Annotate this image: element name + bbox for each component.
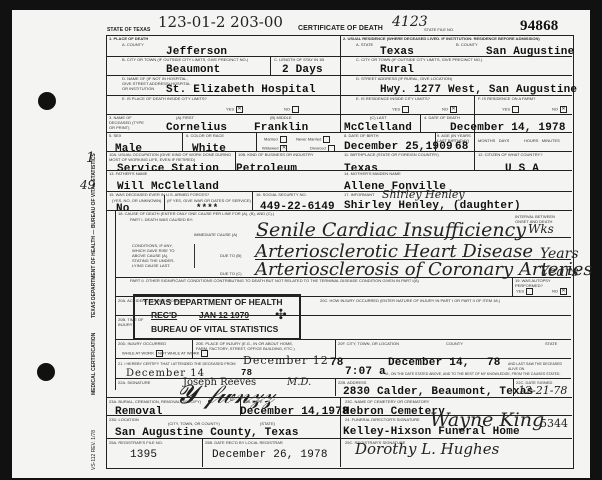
never-married-label: Never Married — [296, 137, 321, 142]
state-file-label: STATE FILE NO. — [424, 27, 454, 32]
checkbox[interactable] — [280, 136, 287, 143]
residence-inside-city-label: e. IS RESIDENCE INSIDE CITY LIMITS? — [356, 96, 430, 101]
divider — [335, 339, 336, 358]
handwritten-number: 123-01-2 203-00 — [158, 13, 283, 31]
residence-city-no[interactable]: NO✕ — [442, 106, 457, 113]
certify-text: 21. I hereby certify that I attended the… — [118, 362, 236, 367]
divider — [106, 170, 572, 171]
checkbox-checked[interactable]: ✕ — [450, 106, 457, 113]
stay-label: c. LENGTH OF STAY IN 1b — [274, 57, 334, 62]
part2-label: PART II. OTHER SIGNIFICANT CONDITIONS CO… — [130, 278, 510, 283]
checkbox[interactable] — [402, 106, 409, 113]
checkbox[interactable] — [526, 288, 533, 295]
stamp-recd: REC'D — [151, 310, 177, 320]
informant-label: 17. INFORMANT — [344, 192, 374, 197]
checkbox[interactable] — [201, 350, 208, 357]
birthplace-label: 11. BIRTHPLACE (State or foreign country… — [344, 152, 439, 157]
residence-farm-label: f. IS RESIDENCE ON A FARM? — [478, 96, 535, 101]
county-label: a. COUNTY — [122, 42, 144, 47]
margin-form-code: VS-112 REV. 1/78 — [91, 430, 97, 470]
citizen-label: 12. CITIZEN OF WHAT COUNTRY? — [478, 152, 542, 157]
divider — [106, 438, 572, 439]
residence-county-value: San Augustine — [486, 46, 574, 58]
residence-state-label: a. STATE — [356, 42, 373, 47]
autopsy-yes[interactable]: YES — [516, 288, 533, 295]
residence-county-label: b. COUNTY — [456, 42, 478, 47]
first-name-label: (a) First — [176, 115, 194, 120]
citizen-value: U S A — [505, 163, 539, 175]
punch-hole-bottom — [37, 363, 55, 381]
ssn-label: 16. SOCIAL SECURITY NO. — [256, 192, 307, 197]
occupation-label: 10a. USUAL OCCUPATION (Give kind of work… — [109, 152, 233, 162]
cause-label: 18. CAUSE OF DEATH (Enter only one cause… — [118, 211, 274, 216]
divider — [256, 132, 257, 151]
autopsy-label: 19. WAS AUTOPSY PERFORMED? — [515, 278, 565, 288]
last-saw-date: December 14, — [388, 357, 470, 369]
stamp-date: JAN 12 1979 — [199, 310, 249, 320]
medical-section-divider — [115, 210, 116, 390]
physician-degree: M.D. — [287, 377, 311, 388]
divider — [512, 277, 513, 296]
attended-from-date: December 12 — [243, 354, 329, 367]
immediate-interval-value: Wks — [528, 222, 554, 236]
mother-label: 14. MOTHER'S MAIDEN NAME — [344, 171, 401, 176]
received-stamp: TEXAS DEPARTMENT OF HEALTH REC'D JAN 12 … — [133, 294, 301, 340]
yes-label: YES — [226, 107, 234, 112]
divider — [474, 151, 475, 170]
no-label: NO — [552, 289, 558, 294]
certificate-title: CERTIFICATE OF DEATH — [298, 25, 383, 32]
funeral-home-value: Kelley-Hixson Funeral Home — [343, 426, 520, 438]
marital-never-married[interactable]: Never Married — [296, 136, 330, 143]
while-at-work[interactable]: WHILE AT WORK — [122, 350, 163, 357]
margin-note-1: 1 — [86, 150, 95, 166]
inside-city-yes[interactable]: YES✕ — [226, 106, 243, 113]
place-of-death-label: 1. PLACE OF DEATH — [109, 36, 148, 41]
death-time-value: 7:07 a — [345, 366, 386, 378]
farm-yes[interactable]: YES — [502, 106, 519, 113]
checkbox-checked[interactable]: ✕ — [560, 106, 567, 113]
sex-label: 5. SEX — [109, 133, 121, 138]
residence-street-label: d. STREET ADDRESS (If rural, give locati… — [356, 76, 452, 81]
location-sub-label: (City, town, or county) — [168, 421, 220, 426]
part1-label: PART I. DEATH WAS CAUSED BY: — [130, 217, 193, 222]
residence-city-value: Rural — [380, 64, 414, 76]
cemetery-label: 23c. NAME OF CEMETERY OR CREMATORY — [345, 399, 429, 404]
residence-label: 2. USUAL RESIDENCE (Where deceased lived… — [343, 36, 571, 41]
residence-city-yes[interactable]: YES — [392, 106, 409, 113]
state-sub-label: (State) — [260, 421, 275, 426]
date-of-death-label: 4. DATE OF DEATH — [424, 115, 460, 120]
widowed-label: Widowed — [262, 146, 278, 151]
bracket — [190, 244, 195, 268]
signature-label: 22a. SIGNATURE — [118, 380, 150, 385]
injury-state-label: STATE — [545, 341, 557, 346]
marital-married[interactable]: Married — [264, 136, 287, 143]
middle-name-label: (b) Middle — [270, 115, 292, 120]
file-number: 94868 — [520, 18, 559, 35]
funeral-director-label: 24. FUNERAL DIRECTOR'S SIGNATURE — [345, 417, 420, 422]
last-name-label: (c) Last — [370, 115, 387, 120]
last-saw-text: and last saw the deceased alive on — [508, 362, 570, 372]
stamp-line1: TEXAS DEPARTMENT OF HEALTH — [143, 297, 282, 307]
dob-label: 8. DATE OF BIRTH — [344, 133, 379, 138]
city-town-location-label: 20f. CITY, TOWN, OR LOCATION — [338, 341, 399, 346]
age-label: 9. AGE (In years last birthday) — [437, 133, 473, 143]
yes-label: YES — [516, 289, 524, 294]
father-label: 13. FATHER'S NAME — [109, 171, 147, 176]
race-label: 6. COLOR OR RACE — [186, 133, 224, 138]
divider — [335, 378, 336, 396]
no-label: NO — [284, 107, 290, 112]
date-signed-value: 12-21-78 — [518, 384, 567, 397]
stamp-emblem-icon: ✣ — [275, 306, 287, 323]
registrar-signature: Dorothy L. Hughes — [355, 440, 499, 458]
margin-note-2: 49 — [80, 178, 95, 192]
residence-city-label: c. CITY OR TOWN (If outside city limits,… — [356, 57, 482, 62]
disposition-date-value: December 14,1978 — [240, 406, 349, 418]
registrar-file-no-label: 25a. REGISTRAR'S FILE NO. — [109, 440, 163, 445]
not-at-work[interactable]: NOT WHILE AT WORK — [158, 350, 208, 357]
due-to-b-label: DUE TO (b) — [220, 253, 241, 258]
center-divider — [340, 35, 341, 132]
margin-medical-certification: MEDICAL CERTIFICATION — [91, 333, 97, 395]
divider — [270, 56, 271, 75]
disposition-method-label: 23a. BURIAL, CREMATION, REMOVAL (Specify… — [109, 399, 201, 404]
how-injury-label: 20c. HOW INJURY OCCURRED (Enter nature o… — [320, 298, 500, 303]
checkbox-checked[interactable]: ✕ — [236, 106, 243, 113]
attended-from-year: 78 — [330, 357, 344, 369]
divider — [182, 132, 183, 151]
married-label: Married — [264, 137, 278, 142]
stamp-line3: BUREAU OF VITAL STATISTICS — [151, 324, 278, 334]
due-to-c-label: DUE TO (c) — [220, 271, 242, 276]
state-label: STATE OF TEXAS — [107, 27, 150, 33]
industry-value: Petroleum — [236, 163, 297, 175]
divider — [164, 195, 165, 210]
name-label: 3. NAME OF DECEASED (Type or print) — [109, 115, 147, 130]
immediate-cause-label: IMMEDIATE CAUSE (a) — [194, 232, 237, 237]
registrar-file-no-value: 1395 — [130, 449, 157, 461]
disposition-date-label: 23b. DATE — [243, 399, 263, 404]
divider — [202, 438, 203, 467]
divider — [106, 397, 572, 398]
autopsy-no[interactable]: NO✕ — [552, 288, 567, 295]
checkbox[interactable] — [512, 106, 519, 113]
date-received-value: December 26, 1978 — [212, 449, 328, 461]
divider — [513, 378, 514, 396]
punch-hole-top — [38, 92, 56, 110]
under-24-hrs-cols: Hours Minutes — [524, 138, 560, 143]
residence-street-value: Hwy. 1277 West, San Augustine — [380, 84, 577, 96]
death-time-tail: m., on the date stated above, and to the… — [385, 372, 560, 377]
checkbox[interactable] — [292, 106, 299, 113]
city-label: b. CITY OR TOWN (If outside city limits,… — [122, 57, 262, 62]
industry-label: 10b. KIND OF BUSINESS OR INDUSTRY — [238, 152, 314, 157]
address-label: 22b. ADDRESS — [338, 380, 366, 385]
divider — [252, 191, 253, 210]
inside-city-label: e. IS PLACE OF DEATH INSIDE CITY LIMITS? — [122, 96, 207, 101]
divider — [255, 237, 571, 238]
handwritten-ref: 4123 — [392, 14, 428, 30]
divorced-label: Divorced — [310, 146, 326, 151]
conditions-note: Conditions, if any, which gave rise to a… — [132, 243, 182, 268]
divider — [106, 132, 572, 133]
divider — [340, 397, 341, 467]
armed-forces-label: 15. WAS DECEASED EVER IN U.S. ARMED FORC… — [109, 192, 209, 197]
injury-at-work-label: 20d. INJURY OCCURRED — [118, 341, 166, 346]
divider — [474, 132, 475, 151]
divider — [435, 132, 436, 151]
funeral-director-license: 5344 — [540, 417, 568, 430]
disposition-location-label: 23d. LOCATION — [109, 417, 139, 422]
inside-city-no[interactable]: NO — [284, 106, 299, 113]
place-of-injury-label: 20e. PLACE OF INJURY (e.g., in or about … — [196, 341, 302, 351]
last-saw-year: 78 — [487, 357, 501, 369]
checkbox[interactable] — [323, 136, 330, 143]
divider — [420, 114, 421, 132]
injury-county-label: COUNTY — [446, 341, 463, 346]
farm-no[interactable]: NO✕ — [552, 106, 567, 113]
date-received-label: 25b. DATE REC'D BY LOCAL REGISTRAR — [205, 440, 283, 445]
under-1-year-cols: Months Days — [478, 138, 509, 143]
checkbox-checked[interactable]: ✕ — [560, 288, 567, 295]
